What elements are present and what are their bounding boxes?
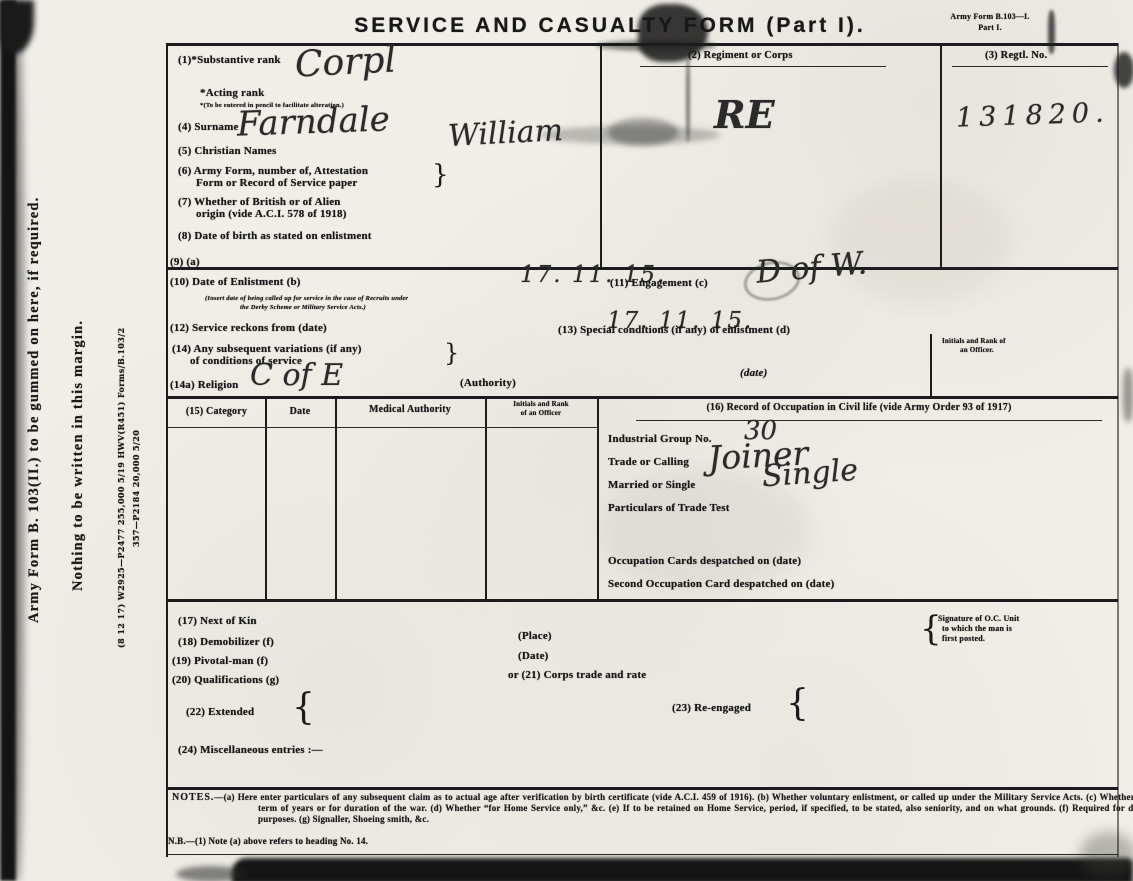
table-col-line-3: [485, 398, 487, 599]
field-5-value: William: [447, 113, 564, 154]
brace-icon: {: [292, 690, 315, 726]
signature-note-line2: to which the man is: [942, 624, 1012, 633]
field-24-label: (24) Miscellaneous entries :—: [178, 744, 323, 756]
field-3-value: 131820.: [956, 97, 1111, 133]
field-12-label: (12) Service reckons from (date): [170, 322, 327, 334]
brace-icon: {: [786, 686, 809, 722]
underline-regtlno-header: [952, 66, 1108, 67]
date-col-header: Date: [265, 406, 335, 417]
field-10-label: (10) Date of Enlistment (b): [170, 276, 301, 288]
field-7-label-line1: (7) Whether of British or of Alien: [178, 196, 341, 208]
brace-icon: }: [444, 341, 459, 365]
married-label: Married or Single: [608, 479, 696, 491]
field-17-label: (17) Next of Kin: [178, 615, 257, 627]
place-label: (Place): [518, 630, 552, 642]
notes-heading: NOTES.: [172, 792, 214, 803]
table-header-underline: [168, 427, 597, 428]
field-22-label: (22) Extended: [186, 706, 254, 718]
border-left: [166, 43, 168, 857]
field-3-label: (3) Regtl. No.: [985, 50, 1047, 61]
authority-label: (Authority): [460, 377, 516, 389]
field-8-label: (8) Date of birth as stated on enlistmen…: [178, 230, 372, 242]
divider-regtlno-left: [940, 46, 942, 268]
field-20-label: (20) Qualifications (g): [172, 674, 279, 686]
scan-blot-bottom-left: [176, 866, 246, 881]
initials-col-header-line2: of an Officer: [485, 409, 597, 417]
trade-label: Trade or Calling: [608, 456, 689, 468]
date-label-lower: (Date): [518, 650, 549, 662]
field-1-label: (1)*Substantive rank: [178, 54, 281, 66]
margin-gummed-note: Army Form B. 103(II.) to be gummed on he…: [26, 150, 43, 670]
second-occupation-card-label: Second Occupation Card despatched on (da…: [608, 578, 834, 590]
scan-band-bottom: [232, 858, 1133, 881]
rule-above-category-table: [166, 396, 1118, 399]
scan-edge-left: [0, 0, 16, 881]
rule-below-occupation: [166, 599, 1118, 602]
field-21-label: or (21) Corps trade and rate: [508, 669, 646, 681]
category-col-header: (15) Category: [168, 406, 265, 417]
medical-authority-col-header: Medical Authority: [335, 404, 485, 415]
border-bottom: [166, 854, 1118, 855]
scan-mark-right-mid: [1123, 368, 1133, 422]
table-right-border: [597, 398, 599, 599]
field-7-label-line2: origin (vide A.C.I. 578 of 1918): [196, 208, 347, 220]
signature-note-line3: first posted.: [942, 634, 985, 643]
notes-paragraph: NOTES.—(a) Here enter particulars of any…: [172, 792, 1133, 825]
table-col-line-1: [265, 398, 267, 599]
scanned-form-page: Army Form B. 103(II.) to be gummed on he…: [0, 0, 1133, 881]
initials-box-line1: Initials and Rank of: [942, 337, 1006, 345]
field-11-value: D of W.: [755, 245, 869, 291]
border-right: [1117, 43, 1119, 857]
initials-col-header-line1: Initials and Rank: [485, 400, 597, 408]
field-2-value: RE: [714, 92, 775, 137]
initials-box-border: [930, 334, 932, 397]
date-label: (date): [740, 367, 767, 379]
scan-corner-top-left: [0, 0, 34, 54]
margin-no-writing-note: Nothing to be written in this margin.: [70, 272, 87, 638]
field-6-label-line1: (6) Army Form, number of, Attestation: [178, 165, 368, 177]
industrial-group-label: Industrial Group No.: [608, 433, 712, 445]
married-value: Single: [761, 453, 859, 495]
occupation-header-underline: [636, 420, 1102, 421]
signature-note-line1: Signature of O.C. Unit: [938, 614, 1019, 623]
ink-smear-dark: [608, 118, 678, 146]
field-2-label: (2) Regiment or Corps: [688, 50, 793, 61]
field-10-note-line2: the Derby Scheme or Military Service Act…: [240, 304, 366, 311]
page-title: SERVICE AND CASUALTY FORM (Part I).: [300, 14, 920, 38]
print-code-line1: (8 12 17) W2925—P2477 255,000 5/19 HWV(R…: [114, 288, 129, 688]
field-14a-label: (14a) Religion: [170, 379, 239, 391]
form-ref-line1: Army Form B.103—I.: [928, 12, 1052, 21]
field-14-label-line1: (14) Any subsequent variations (if any): [172, 343, 362, 355]
ink-smear: [540, 126, 720, 144]
table-col-line-2: [335, 398, 337, 599]
print-code-line2: 357—P2184 20,000 5/20: [129, 288, 144, 688]
field-10-note-line1: (Insert date of being called up for serv…: [205, 295, 408, 302]
form-ref-line2: Part I.: [928, 23, 1052, 32]
notes-nb: N.B.—(1) Note (a) above refers to headin…: [168, 836, 368, 846]
field-18-label: (18) Demobilizer (f): [178, 636, 274, 648]
field-13-label: (13) Special conditions (if any) of enli…: [558, 324, 790, 336]
field-19-label: (19) Pivotal-man (f): [172, 655, 268, 667]
field-1-value: Corpl: [294, 39, 397, 85]
trade-test-label: Particulars of Trade Test: [608, 502, 730, 514]
underline-regiment-header: [640, 66, 886, 67]
field-9-label: (9) (a): [170, 256, 200, 268]
acting-rank-label: *Acting rank: [200, 87, 264, 99]
field-23-label: (23) Re-engaged: [672, 702, 751, 714]
field-5-label: (5) Christian Names: [178, 145, 277, 157]
margin-print-code: 357—P2184 20,000 5/20 (8 12 17) W2925—P2…: [114, 288, 144, 688]
notes-body: —(a) Here enter particulars of any subse…: [214, 792, 1133, 824]
brace-icon: }: [432, 162, 449, 188]
occupation-header: (16) Record of Occupation in Civil life …: [604, 402, 1114, 413]
field-4-label: (4) Surname: [178, 121, 239, 133]
initials-box-line2: an Officer.: [960, 346, 994, 354]
ink-drip: [686, 58, 690, 142]
field-4-value: Farndale: [236, 99, 390, 144]
field-14a-value: C of E: [250, 358, 343, 393]
occupation-cards-label: Occupation Cards despatched on (date): [608, 555, 801, 567]
divider-regiment-left: [600, 46, 602, 268]
scan-edge-left-ragged: [10, 0, 24, 881]
field-11-label: (11) Engagement (c): [610, 277, 708, 289]
rule-above-notes: [166, 787, 1118, 790]
field-6-label-line2: Form or Record of Service paper: [196, 177, 357, 189]
